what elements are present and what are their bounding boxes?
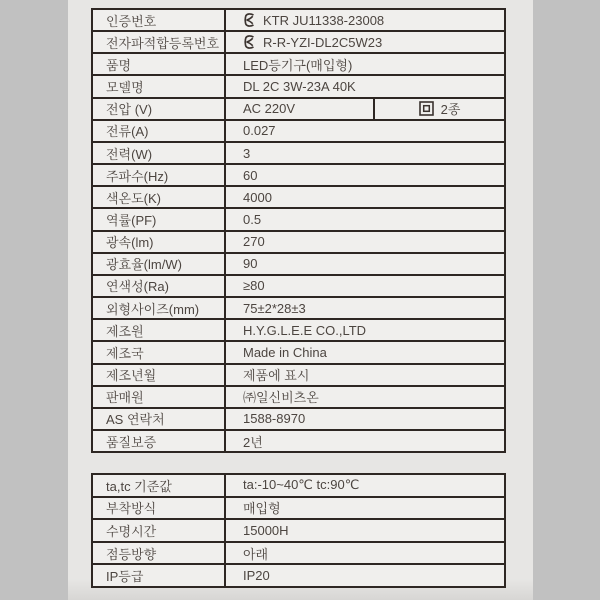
row-value: 90 [226, 254, 504, 274]
table-row: 주파수(Hz)60 [93, 163, 504, 185]
row-value: 아래 [226, 543, 504, 564]
spec-label-panel: 인증번호 KTR JU11338-23008전자파적합등록번호 R-R-YZI-… [68, 0, 533, 600]
row-label: 전류(A) [93, 121, 226, 141]
row-value-text: DL 2C 3W-23A 40K [243, 79, 356, 94]
row-label: 제조국 [93, 342, 226, 362]
row-label: 점등방향 [93, 543, 226, 564]
table-row: 품명LED등기구(매입형) [93, 52, 504, 74]
row-label: 광속(lm) [93, 232, 226, 252]
table-row: 색온도(K)4000 [93, 185, 504, 207]
table-row: 전류(A)0.027 [93, 119, 504, 141]
row-value: 제품에 표시 [226, 365, 504, 385]
row-value: 매입형 [226, 498, 504, 519]
table-row: 제조년월제품에 표시 [93, 363, 504, 385]
row-label: 광효율(lm/W) [93, 254, 226, 274]
row-value: 3 [226, 143, 504, 163]
row-value-text: H.Y.G.L.E.E CO.,LTD [243, 323, 366, 338]
row-label: 전력(W) [93, 143, 226, 163]
kc-certification-mark-icon [243, 12, 255, 28]
row-label: 수명시간 [93, 520, 226, 541]
table-row: 부착방식매입형 [93, 496, 504, 519]
row-value: 60 [226, 165, 504, 185]
row-value-text: ㈜일신비츠온 [243, 387, 319, 406]
row-value-text: 3 [243, 146, 250, 161]
row-label: 연색성(Ra) [93, 276, 226, 296]
row-label: 제조년월 [93, 365, 226, 385]
table-row: 품질보증2년 [93, 429, 504, 451]
row-label: 판매원 [93, 387, 226, 407]
table-row: 역률(PF)0.5 [93, 207, 504, 229]
row-value: ≥80 [226, 276, 504, 296]
row-value: 15000H [226, 520, 504, 541]
row-label: 모델명 [93, 76, 226, 96]
row-value-text: 0.027 [243, 123, 276, 138]
table-row: 전압 (V)AC 220V 2종 [93, 97, 504, 119]
row-value: 75±2*28±3 [226, 298, 504, 318]
row-value: H.Y.G.L.E.E CO.,LTD [226, 320, 504, 340]
row-value: IP20 [226, 565, 504, 586]
row-value-text: 제품에 표시 [243, 365, 309, 384]
row-label: 외형사이즈(mm) [93, 298, 226, 318]
row-value-text: 아래 [243, 544, 268, 563]
row-label: ta,tc 기준값 [93, 475, 226, 496]
row-label: 제조원 [93, 320, 226, 340]
row-value: ㈜일신비츠온 [226, 387, 504, 407]
row-label: 주파수(Hz) [93, 165, 226, 185]
row-value: 0.5 [226, 209, 504, 229]
row-value-text: IP20 [243, 568, 270, 583]
row-label: 인증번호 [93, 10, 226, 30]
row-label: 색온도(K) [93, 187, 226, 207]
row-value: ta:-10~40℃ tc:90℃ [226, 475, 504, 496]
table-row: 인증번호 KTR JU11338-23008 [93, 10, 504, 30]
row-value-text: R-R-YZI-DL2C5W23 [263, 35, 382, 50]
table-row: 전력(W)3 [93, 141, 504, 163]
table-row: 광속(lm)270 [93, 230, 504, 252]
row-label: 역률(PF) [93, 209, 226, 229]
insulation-class-cell: 2종 [373, 99, 504, 119]
table-row: 전자파적합등록번호 R-R-YZI-DL2C5W23 [93, 30, 504, 52]
table-row: AS 연락처1588-8970 [93, 407, 504, 429]
row-value: KTR JU11338-23008 [226, 10, 504, 30]
row-value-text: ta:-10~40℃ tc:90℃ [243, 477, 359, 493]
insulation-class-text: 2종 [441, 99, 461, 118]
row-label: 품명 [93, 54, 226, 74]
row-value-text: 0.5 [243, 212, 261, 227]
table-row: 연색성(Ra)≥80 [93, 274, 504, 296]
row-label: AS 연락처 [93, 409, 226, 429]
row-label: 부착방식 [93, 498, 226, 519]
thermal-spec-table: ta,tc 기준값ta:-10~40℃ tc:90℃부착방식매입형수명시간150… [91, 473, 506, 588]
row-value-text: 60 [243, 168, 257, 183]
row-label: IP등급 [93, 565, 226, 586]
row-label: 전압 (V) [93, 99, 226, 119]
row-value-text: 270 [243, 234, 265, 249]
row-value: 1588-8970 [226, 409, 504, 429]
row-value: 4000 [226, 187, 504, 207]
table-row: 수명시간15000H [93, 518, 504, 541]
row-value: DL 2C 3W-23A 40K [226, 76, 504, 96]
row-value-text: 15000H [243, 523, 289, 538]
row-value-text: ≥80 [243, 278, 265, 293]
row-value-text: 매입형 [243, 498, 281, 517]
row-value: Made in China [226, 342, 504, 362]
row-value-text: 2년 [243, 432, 263, 451]
row-value: AC 220V [226, 99, 373, 119]
table-row: 모델명DL 2C 3W-23A 40K [93, 74, 504, 96]
row-value: 0.027 [226, 121, 504, 141]
row-value: 2년 [226, 431, 504, 451]
row-label: 전자파적합등록번호 [93, 32, 226, 52]
table-row: 외형사이즈(mm)75±2*28±3 [93, 296, 504, 318]
row-value: 270 [226, 232, 504, 252]
table-row: 점등방향아래 [93, 541, 504, 564]
row-value: LED등기구(매입형) [226, 54, 504, 74]
class2-insulation-icon [419, 101, 434, 116]
row-value-text: Made in China [243, 345, 327, 360]
row-value: R-R-YZI-DL2C5W23 [226, 32, 504, 52]
row-value-text: 75±2*28±3 [243, 301, 306, 316]
product-spec-table: 인증번호 KTR JU11338-23008전자파적합등록번호 R-R-YZI-… [91, 8, 506, 453]
table-row: IP등급IP20 [93, 563, 504, 586]
table-row: 판매원㈜일신비츠온 [93, 385, 504, 407]
row-value-text: KTR JU11338-23008 [263, 13, 384, 28]
table-row: 제조국Made in China [93, 340, 504, 362]
row-value-text: 1588-8970 [243, 411, 305, 426]
table-row: 광효율(lm/W)90 [93, 252, 504, 274]
label-photo-background: 인증번호 KTR JU11338-23008전자파적합등록번호 R-R-YZI-… [0, 0, 600, 600]
row-value-text: LED등기구(매입형) [243, 55, 352, 74]
row-value-text: 4000 [243, 190, 272, 205]
kc-certification-mark-icon [243, 34, 255, 50]
row-value-text: AC 220V [243, 101, 295, 116]
row-value-text: 90 [243, 256, 257, 271]
table-row: 제조원H.Y.G.L.E.E CO.,LTD [93, 318, 504, 340]
table-row: ta,tc 기준값ta:-10~40℃ tc:90℃ [93, 475, 504, 496]
row-label: 품질보증 [93, 431, 226, 451]
